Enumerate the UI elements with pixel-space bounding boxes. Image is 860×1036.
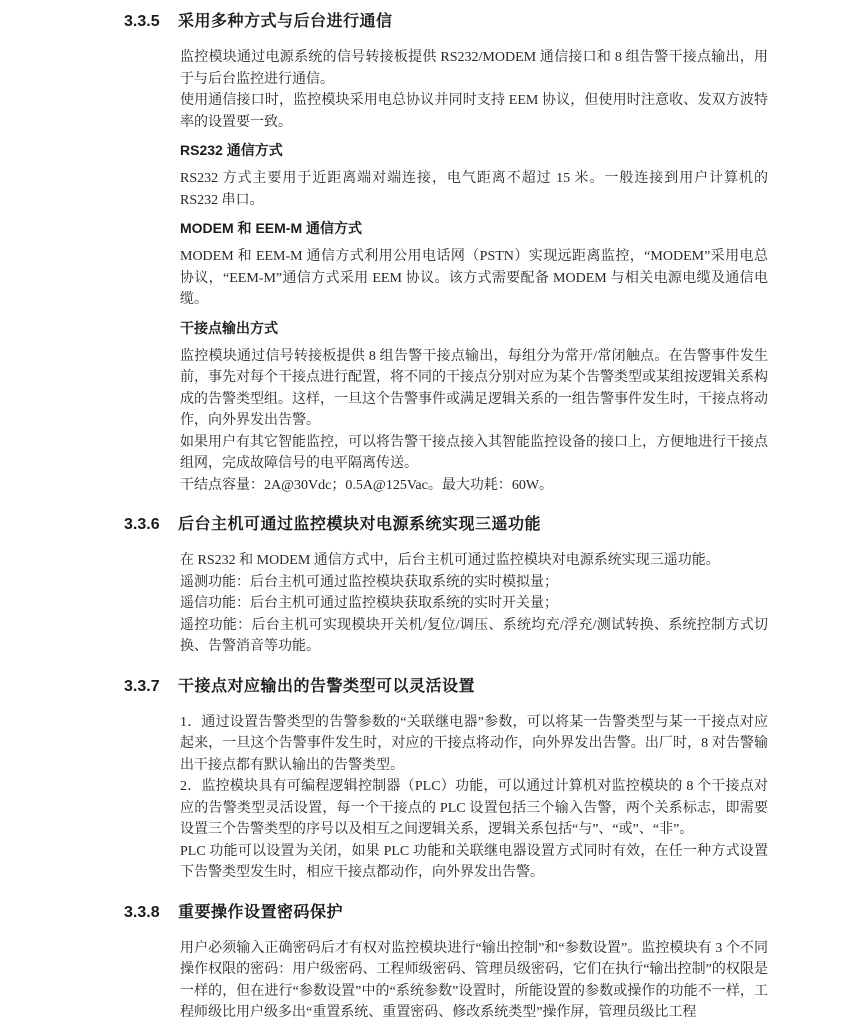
paragraph: 遥控功能：后台主机可实现模块开关机/复位/调压、系统均充/浮充/测试转换、系统控…	[180, 615, 768, 658]
document-page: 3.3.5 采用多种方式与后台进行通信 监控模块通过电源系统的信号转接板提供 R…	[0, 0, 860, 1036]
section-3-3-6: 3.3.6 后台主机可通过监控模块对电源系统实现三遥功能 在 RS232 和 M…	[124, 514, 772, 658]
paragraph: 用户必须输入正确密码后才有权对监控模块进行“输出控制”和“参数设置”。监控模块有…	[180, 938, 768, 1024]
section-body: 在 RS232 和 MODEM 通信方式中，后台主机可通过监控模块对电源系统实现…	[180, 550, 768, 658]
paragraph: 1．通过设置告警类型的告警参数的“关联继电器”参数，可以将某一告警类型与某一干接…	[180, 712, 768, 777]
section-heading: 3.3.8 重要操作设置密码保护	[124, 902, 772, 924]
paragraph: RS232 方式主要用于近距离端对端连接，电气距离不超过 15 米。一般连接到用…	[180, 168, 768, 211]
paragraph: 使用通信接口时，监控模块采用电总协议并同时支持 EEM 协议，但使用时注意收、发…	[180, 90, 768, 133]
paragraph: 2．监控模块具有可编程逻辑控制器（PLC）功能，可以通过计算机对监控模块的 8 …	[180, 776, 768, 841]
paragraph: 监控模块通过信号转接板提供 8 组告警干接点输出，每组分为常开/常闭触点。在告警…	[180, 346, 768, 432]
paragraph: 如果用户有其它智能监控，可以将告警干接点接入其智能监控设备的接口上，方便地进行干…	[180, 432, 768, 475]
paragraph: 遥信功能：后台主机可通过监控模块获取系统的实时开关量；	[180, 593, 768, 615]
section-body: 1．通过设置告警类型的告警参数的“关联继电器”参数，可以将某一告警类型与某一干接…	[180, 712, 768, 884]
section-heading: 3.3.5 采用多种方式与后台进行通信	[124, 11, 772, 33]
paragraph: 在 RS232 和 MODEM 通信方式中，后台主机可通过监控模块对电源系统实现…	[180, 550, 768, 572]
section-title: 采用多种方式与后台进行通信	[178, 11, 393, 33]
section-heading: 3.3.7 干接点对应输出的告警类型可以灵活设置	[124, 676, 772, 698]
section-body: 用户必须输入正确密码后才有权对监控模块进行“输出控制”和“参数设置”。监控模块有…	[180, 938, 768, 1024]
section-number: 3.3.7	[124, 676, 178, 698]
paragraph: MODEM 和 EEM-M 通信方式利用公用电话网（PSTN）实现远距离监控，“…	[180, 246, 768, 311]
page-content: 3.3.5 采用多种方式与后台进行通信 监控模块通过电源系统的信号转接板提供 R…	[124, 11, 772, 1024]
section-title: 后台主机可通过监控模块对电源系统实现三遥功能	[178, 514, 541, 536]
section-3-3-7: 3.3.7 干接点对应输出的告警类型可以灵活设置 1．通过设置告警类型的告警参数…	[124, 676, 772, 884]
paragraph: PLC 功能可以设置为关闭，如果 PLC 功能和关联继电器设置方式同时有效，在任…	[180, 841, 768, 884]
paragraph: 监控模块通过电源系统的信号转接板提供 RS232/MODEM 通信接口和 8 组…	[180, 47, 768, 90]
section-heading: 3.3.6 后台主机可通过监控模块对电源系统实现三遥功能	[124, 514, 772, 536]
section-title: 干接点对应输出的告警类型可以灵活设置	[178, 676, 475, 698]
subheading-rs232-mode: RS232 通信方式	[180, 140, 768, 161]
section-number: 3.3.5	[124, 11, 178, 33]
paragraph: 遥测功能：后台主机可通过监控模块获取系统的实时模拟量；	[180, 572, 768, 594]
section-number: 3.3.8	[124, 902, 178, 924]
section-title: 重要操作设置密码保护	[178, 902, 343, 924]
section-body: 监控模块通过电源系统的信号转接板提供 RS232/MODEM 通信接口和 8 组…	[180, 47, 768, 496]
subheading-dry-contact-mode: 干接点输出方式	[180, 318, 768, 339]
section-number: 3.3.6	[124, 514, 178, 536]
paragraph: 干结点容量：2A@30Vdc；0.5A@125Vac。最大功耗：60W。	[180, 475, 768, 497]
section-3-3-5: 3.3.5 采用多种方式与后台进行通信 监控模块通过电源系统的信号转接板提供 R…	[124, 11, 772, 496]
subheading-modem-eem-mode: MODEM 和 EEM-M 通信方式	[180, 218, 768, 239]
section-3-3-8: 3.3.8 重要操作设置密码保护 用户必须输入正确密码后才有权对监控模块进行“输…	[124, 902, 772, 1024]
